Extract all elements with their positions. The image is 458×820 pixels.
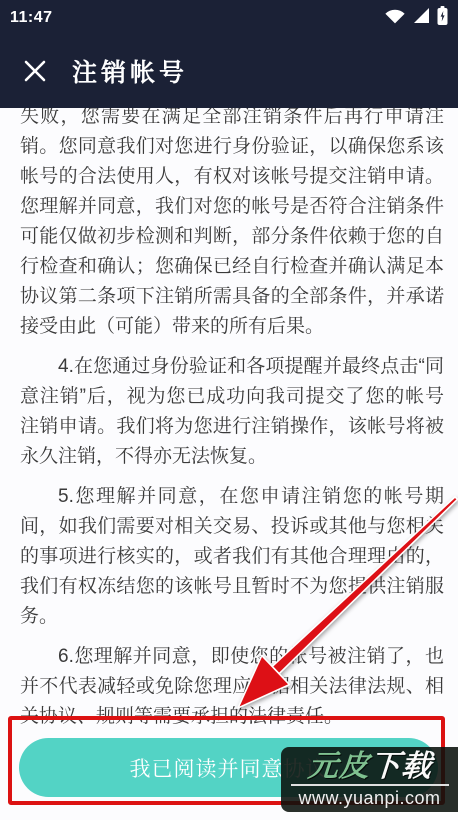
watermark-divider bbox=[291, 784, 449, 786]
agreement-paragraph: 4.在您通过身份验证和各项提醒并最终点击“同意注销”后，视为您已成功向我司提交了… bbox=[20, 352, 444, 472]
battery-charging-icon bbox=[437, 6, 448, 30]
wifi-icon bbox=[384, 7, 406, 30]
watermark-url: www.yuanpi.com bbox=[298, 788, 440, 808]
app-bar: 注销帐号 bbox=[0, 36, 458, 106]
close-icon[interactable] bbox=[22, 58, 48, 84]
status-bar: 11:47 bbox=[0, 0, 458, 36]
agreement-paragraph: 失败，您需要在满足全部注销条件后再行申请注销。您同意我们对您进行身份验证，以确保… bbox=[20, 102, 444, 342]
watermark: 元皮下载 www.yuanpi.com bbox=[281, 747, 458, 812]
account-cancellation-screen: 11:47 bbox=[0, 0, 458, 820]
cellular-signal-icon bbox=[413, 8, 430, 29]
watermark-logo-green: 元皮 bbox=[306, 750, 370, 783]
page-title: 注销帐号 bbox=[72, 53, 188, 89]
agreement-text: 失败，您需要在满足全部注销条件后再行申请注销。您同意我们对您进行身份验证，以确保… bbox=[0, 102, 458, 742]
watermark-logo-white: 下载 bbox=[368, 750, 432, 783]
agreement-paragraph: 5.您理解并同意，在您申请注销您的帐号期间，如我们需要对相关交易、投诉或其他与您… bbox=[20, 482, 444, 632]
status-icons bbox=[384, 6, 448, 30]
status-time: 11:47 bbox=[10, 9, 53, 27]
top-bar: 11:47 bbox=[0, 0, 458, 108]
watermark-logo: 元皮下载 bbox=[306, 751, 432, 783]
